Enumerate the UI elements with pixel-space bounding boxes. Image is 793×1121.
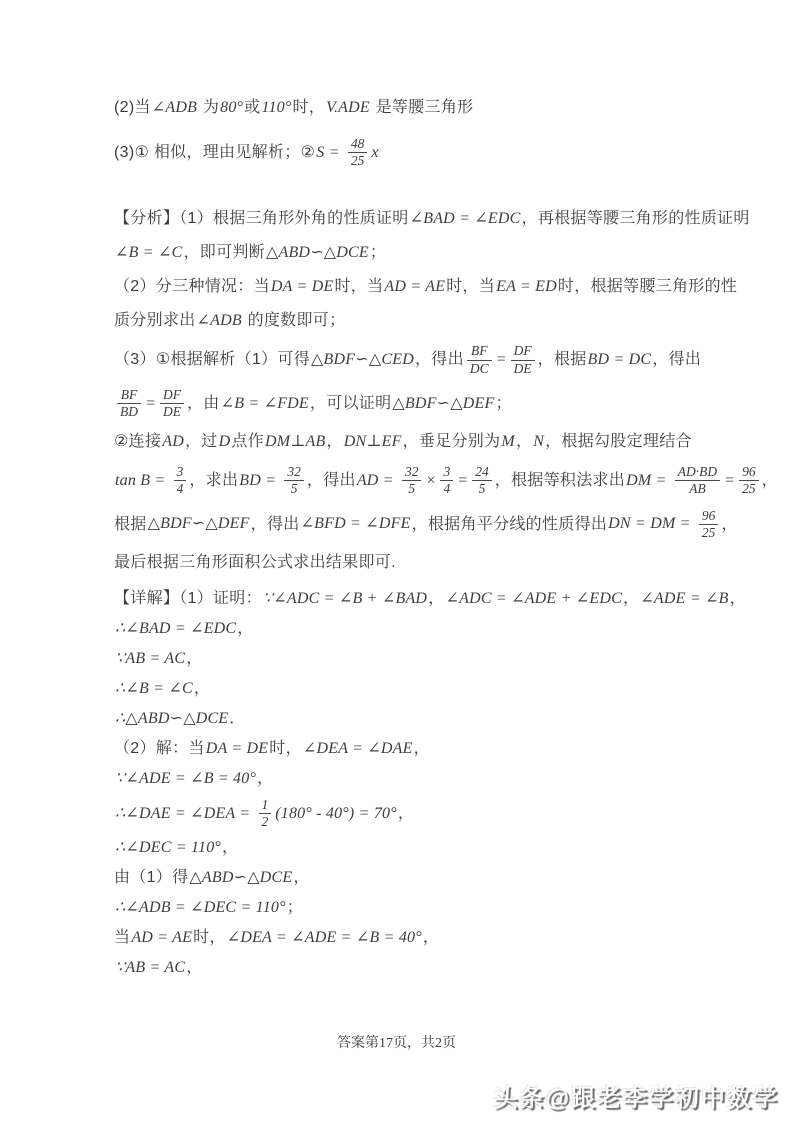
math-expression: △BDF∽△DEF <box>147 515 251 532</box>
text-run: 时，当 <box>334 278 383 295</box>
document-line: 质分别求出∠ADB 的度数即可； <box>114 309 693 333</box>
fraction-denominator: 4 <box>440 481 453 497</box>
text-run: ， <box>423 929 439 946</box>
text-run: 根据 <box>114 515 147 532</box>
fraction: DFDE <box>511 343 535 376</box>
text-run: 最后根据三角形面积公式求出结果即可. <box>114 554 396 571</box>
math-expression: x <box>370 144 379 161</box>
text-run: ，即可判断 <box>183 244 265 261</box>
fraction-denominator: DE <box>160 404 184 420</box>
text-run: ， <box>186 650 202 667</box>
text-run: ，得出 <box>307 472 356 489</box>
math-expression: △BDF∽△CED <box>310 351 415 368</box>
fraction-numerator: BF <box>467 343 492 360</box>
text-run: ，得出 <box>415 351 464 368</box>
math-expression: △ABD∽△DCE <box>188 869 293 886</box>
fraction-denominator: 5 <box>402 481 422 497</box>
text-run: 点作 <box>231 433 264 450</box>
math-expression: N <box>532 433 545 450</box>
answers-section: (2)当∠ADB 为80°或110°时，V.ADE 是等腰三角形(3)① 相似，… <box>114 96 693 169</box>
math-expression: EA = ED <box>495 278 558 295</box>
fraction-denominator: 25 <box>348 153 368 169</box>
math-expression: BD = <box>238 472 281 489</box>
math-expression: ∴∠BAD = ∠EDC <box>114 620 237 637</box>
text-run: ； <box>287 899 303 916</box>
fraction: DFDE <box>160 387 184 420</box>
math-expression: ∠B = ∠FDE <box>220 395 310 412</box>
text-run: ， <box>222 839 238 856</box>
math-expression: ∵∠ADC = ∠B + ∠BAD <box>262 590 428 607</box>
text-run: ， <box>194 680 210 697</box>
fraction-denominator: 2 <box>259 814 272 830</box>
math-expression: ∵AB = AC <box>114 650 186 667</box>
fraction-numerator: 3 <box>174 464 187 481</box>
math-expression: ∠DEA = ∠ADE = ∠B = 40° <box>226 929 423 946</box>
text-run: ， <box>730 590 746 607</box>
text-run: ， <box>516 433 532 450</box>
page-footer: 答案第17页，共2页 <box>0 1032 793 1052</box>
text-run: ，得出 <box>251 515 300 532</box>
document-line: （3）①根据解析（1）可得△BDF∽△CED，得出BFDC=DFDE，根据BD … <box>114 343 693 376</box>
document-line: ∴∠BAD = ∠EDC， <box>114 617 693 641</box>
watermark: 头条@跟老李学初中数学 <box>494 1078 779 1113</box>
fraction: 12 <box>259 797 272 830</box>
text-run: ； <box>370 244 386 261</box>
math-expression: ∴∠ADB = ∠DEC = 110° <box>114 899 287 916</box>
math-expression: ∵AB = AC <box>114 959 186 976</box>
text-run: 时， <box>292 99 325 116</box>
fraction-numerator: 32 <box>402 464 422 481</box>
document-line: (3)① 相似，理由见解析；②S = 4825x <box>114 136 693 169</box>
math-expression: AD = AE <box>383 278 446 295</box>
text-run: 当 <box>114 929 130 946</box>
text-run: (2)当 <box>114 99 151 116</box>
fraction-numerator: 48 <box>348 136 368 153</box>
text-run: ②连接 <box>114 433 161 450</box>
document-line: ∴∠DAE = ∠DEA = 12(180° - 40°) = 70°， <box>114 797 693 830</box>
fraction-numerator: DF <box>160 387 184 404</box>
document-line: （2）分三种情况：当DA = DE时，当AD = AE时，当EA = ED时，根… <box>114 275 693 299</box>
document-line: 根据△BDF∽△DEF，得出∠BFD = ∠DFE，根据角平分线的性质得出DN … <box>114 508 693 541</box>
math-expression: = <box>495 351 508 368</box>
math-expression: ∠ADB <box>196 312 243 329</box>
text-run: ． <box>229 710 245 727</box>
text-run: ， <box>414 740 430 757</box>
math-expression: tan B = <box>114 472 171 489</box>
fraction: 9625 <box>739 464 759 497</box>
math-expression: ∠B = ∠C <box>114 244 183 261</box>
document-line: ∵AB = AC， <box>114 647 693 671</box>
text-run: ，可以证明 <box>310 395 392 412</box>
analysis-section: 【分析】（1）根据三角形外角的性质证明∠BAD = ∠EDC，再根据等腰三角形的… <box>114 207 693 575</box>
text-run: ， <box>721 515 737 532</box>
text-run: 或 <box>244 99 260 116</box>
document-line: 最后根据三角形面积公式求出结果即可. <box>114 551 693 575</box>
text-run: 时，当 <box>446 278 495 295</box>
document-line: BFBD=DFDE，由∠B = ∠FDE，可以证明△BDF∽△DEF； <box>114 387 693 420</box>
document-line: tan B = 34，求出BD = 325，得出AD = 325×34=245，… <box>114 464 693 497</box>
math-expression: ∠ADE = ∠B <box>639 590 729 607</box>
text-run: ； <box>495 395 511 412</box>
math-expression: (180° - 40°) = 70° <box>274 805 398 822</box>
math-expression: AD = AE <box>130 929 193 946</box>
math-expression: = <box>144 395 157 412</box>
math-expression: ∴∠B = ∠C <box>114 680 194 697</box>
fraction-denominator: 4 <box>174 481 187 497</box>
document-line: ②连接AD，过D点作DM⊥AB，DN⊥EF，垂足分别为M，N，根据勾股定理结合 <box>114 430 693 454</box>
fraction-numerator: 3 <box>440 464 453 481</box>
text-run: 时， <box>269 740 302 757</box>
text-run: ， <box>398 805 414 822</box>
document-line: 【分析】（1）根据三角形外角的性质证明∠BAD = ∠EDC，再根据等腰三角形的… <box>114 207 693 231</box>
text-run: ， <box>257 770 273 787</box>
math-expression: ∴∠DAE = ∠DEA = <box>114 805 256 822</box>
math-expression: = <box>723 472 736 489</box>
text-run: 的度数即可； <box>243 312 346 329</box>
document-line: 当AD = AE时，∠DEA = ∠ADE = ∠B = 40°， <box>114 926 693 950</box>
document-page: (2)当∠ADB 为80°或110°时，V.ADE 是等腰三角形(3)① 相似，… <box>0 0 793 1121</box>
text-run: ， <box>428 590 444 607</box>
text-run: 时，根据等腰三角形的性 <box>558 278 737 295</box>
document-line: (2)当∠ADB 为80°或110°时，V.ADE 是等腰三角形 <box>114 96 693 120</box>
text-run: （2）分三种情况：当 <box>114 278 270 295</box>
fraction-numerator: DF <box>511 343 535 360</box>
fraction: 9625 <box>699 508 719 541</box>
document-line: ∴∠ADB = ∠DEC = 110°； <box>114 896 693 920</box>
fraction-numerator: AD·BD <box>675 464 720 481</box>
math-expression: 110° <box>260 99 292 116</box>
math-expression: ∠BAD = ∠EDC <box>409 210 522 227</box>
text-run: ， <box>293 869 309 886</box>
math-expression: M <box>500 433 516 450</box>
math-expression: V.ADE <box>325 99 371 116</box>
fraction-denominator: 5 <box>284 481 304 497</box>
math-expression: ∠BFD = ∠DFE <box>300 515 412 532</box>
text-run: ，再根据等腰三角形的性质证明 <box>522 210 750 227</box>
math-expression: ∠ADB <box>151 99 198 116</box>
fraction: BFDC <box>467 343 492 376</box>
math-expression: BD = DC <box>587 351 653 368</box>
fraction-numerator: 24 <box>472 464 492 481</box>
text-run: ， <box>623 590 639 607</box>
math-expression: DM = <box>625 472 672 489</box>
fraction: 34 <box>174 464 187 497</box>
document-line: ∴∠DEC = 110°， <box>114 836 693 860</box>
math-expression: ∴∠DEC = 110° <box>114 839 222 856</box>
math-expression: S = <box>315 144 345 161</box>
fraction-denominator: BD <box>117 404 141 420</box>
detail-section: 【详解】（1）证明：∵∠ADC = ∠B + ∠BAD，∠ADC = ∠ADE … <box>114 587 693 980</box>
math-expression: DM⊥AB <box>264 433 326 450</box>
text-run: 【详解】（1）证明： <box>114 590 262 607</box>
fraction: 325 <box>402 464 422 497</box>
document-line: ∠B = ∠C，即可判断△ABD∽△DCE； <box>114 241 693 265</box>
text-run: ， <box>237 620 253 637</box>
fraction-denominator: AB <box>675 481 720 497</box>
fraction-numerator: 96 <box>699 508 719 525</box>
fraction-denominator: 25 <box>699 525 719 541</box>
fraction-denominator: 25 <box>739 481 759 497</box>
document-line: ∴△ABD∽△DCE． <box>114 707 693 731</box>
text-run: ， <box>762 472 778 489</box>
math-expression: AD <box>161 433 185 450</box>
text-run: ，由 <box>187 395 220 412</box>
math-expression: D <box>218 433 232 450</box>
fraction-numerator: 1 <box>259 797 272 814</box>
document-line: ∵AB = AC， <box>114 956 693 980</box>
text-run: 为 <box>198 99 219 116</box>
text-run: ， <box>186 959 202 976</box>
fraction: AD·BDAB <box>675 464 720 497</box>
math-expression: AD = <box>356 472 399 489</box>
math-expression: △BDF∽△DEF <box>391 395 495 412</box>
text-run: 由（1）得 <box>114 869 188 886</box>
text-run: ， <box>326 433 342 450</box>
text-run: （3）①根据解析（1）可得 <box>114 351 310 368</box>
text-run: ，过 <box>185 433 218 450</box>
fraction-numerator: 32 <box>284 464 304 481</box>
document-body: (2)当∠ADB 为80°或110°时，V.ADE 是等腰三角形(3)① 相似，… <box>0 0 793 980</box>
text-run: 【分析】（1）根据三角形外角的性质证明 <box>114 210 409 227</box>
math-expression: = <box>456 472 469 489</box>
text-run: ，得出 <box>652 351 701 368</box>
text-run: ，求出 <box>189 472 238 489</box>
math-expression: DN⊥EF <box>343 433 403 450</box>
document-line: ∵∠ADE = ∠B = 40°， <box>114 767 693 791</box>
fraction-denominator: DC <box>467 361 492 377</box>
document-line: 由（1）得△ABD∽△DCE， <box>114 866 693 890</box>
math-expression: ∵∠ADE = ∠B = 40° <box>114 770 257 787</box>
text-run: 质分别求出 <box>114 312 196 329</box>
text-run: ，垂足分别为 <box>403 433 501 450</box>
fraction: 325 <box>284 464 304 497</box>
math-expression: 80° <box>219 99 244 116</box>
document-line: （2）解：当DA = DE时，∠DEA = ∠DAE， <box>114 737 693 761</box>
document-line: ∴∠B = ∠C， <box>114 677 693 701</box>
math-expression: ∠ADC = ∠ADE + ∠EDC <box>445 590 624 607</box>
text-run: ，根据勾股定理结合 <box>545 433 692 450</box>
math-expression: DN = DM = <box>607 515 696 532</box>
fraction: 34 <box>440 464 453 497</box>
fraction-denominator: 5 <box>472 481 492 497</box>
text-run: ，根据角平分线的性质得出 <box>412 515 608 532</box>
fraction-denominator: DE <box>511 361 535 377</box>
fraction-numerator: 96 <box>739 464 759 481</box>
fraction-numerator: BF <box>117 387 141 404</box>
text-run: （2）解：当 <box>114 740 205 757</box>
text-run: (3)① 相似，理由见解析；② <box>114 144 315 161</box>
math-expression: ∠DEA = ∠DAE <box>302 740 414 757</box>
math-expression: △ABD∽△DCE <box>265 244 370 261</box>
fraction: 245 <box>472 464 492 497</box>
text-run: 是等腰三角形 <box>371 99 474 116</box>
math-expression: DA = DE <box>270 278 335 295</box>
math-expression: × <box>424 472 437 489</box>
fraction: BFBD <box>117 387 141 420</box>
document-line: 【详解】（1）证明：∵∠ADC = ∠B + ∠BAD，∠ADC = ∠ADE … <box>114 587 693 611</box>
text-run: 时， <box>193 929 226 946</box>
fraction: 4825 <box>348 136 368 169</box>
math-expression: DA = DE <box>205 740 270 757</box>
math-expression: ∴△ABD∽△DCE <box>114 710 229 727</box>
text-run: ，根据等积法求出 <box>495 472 625 489</box>
text-run: ，根据 <box>538 351 587 368</box>
